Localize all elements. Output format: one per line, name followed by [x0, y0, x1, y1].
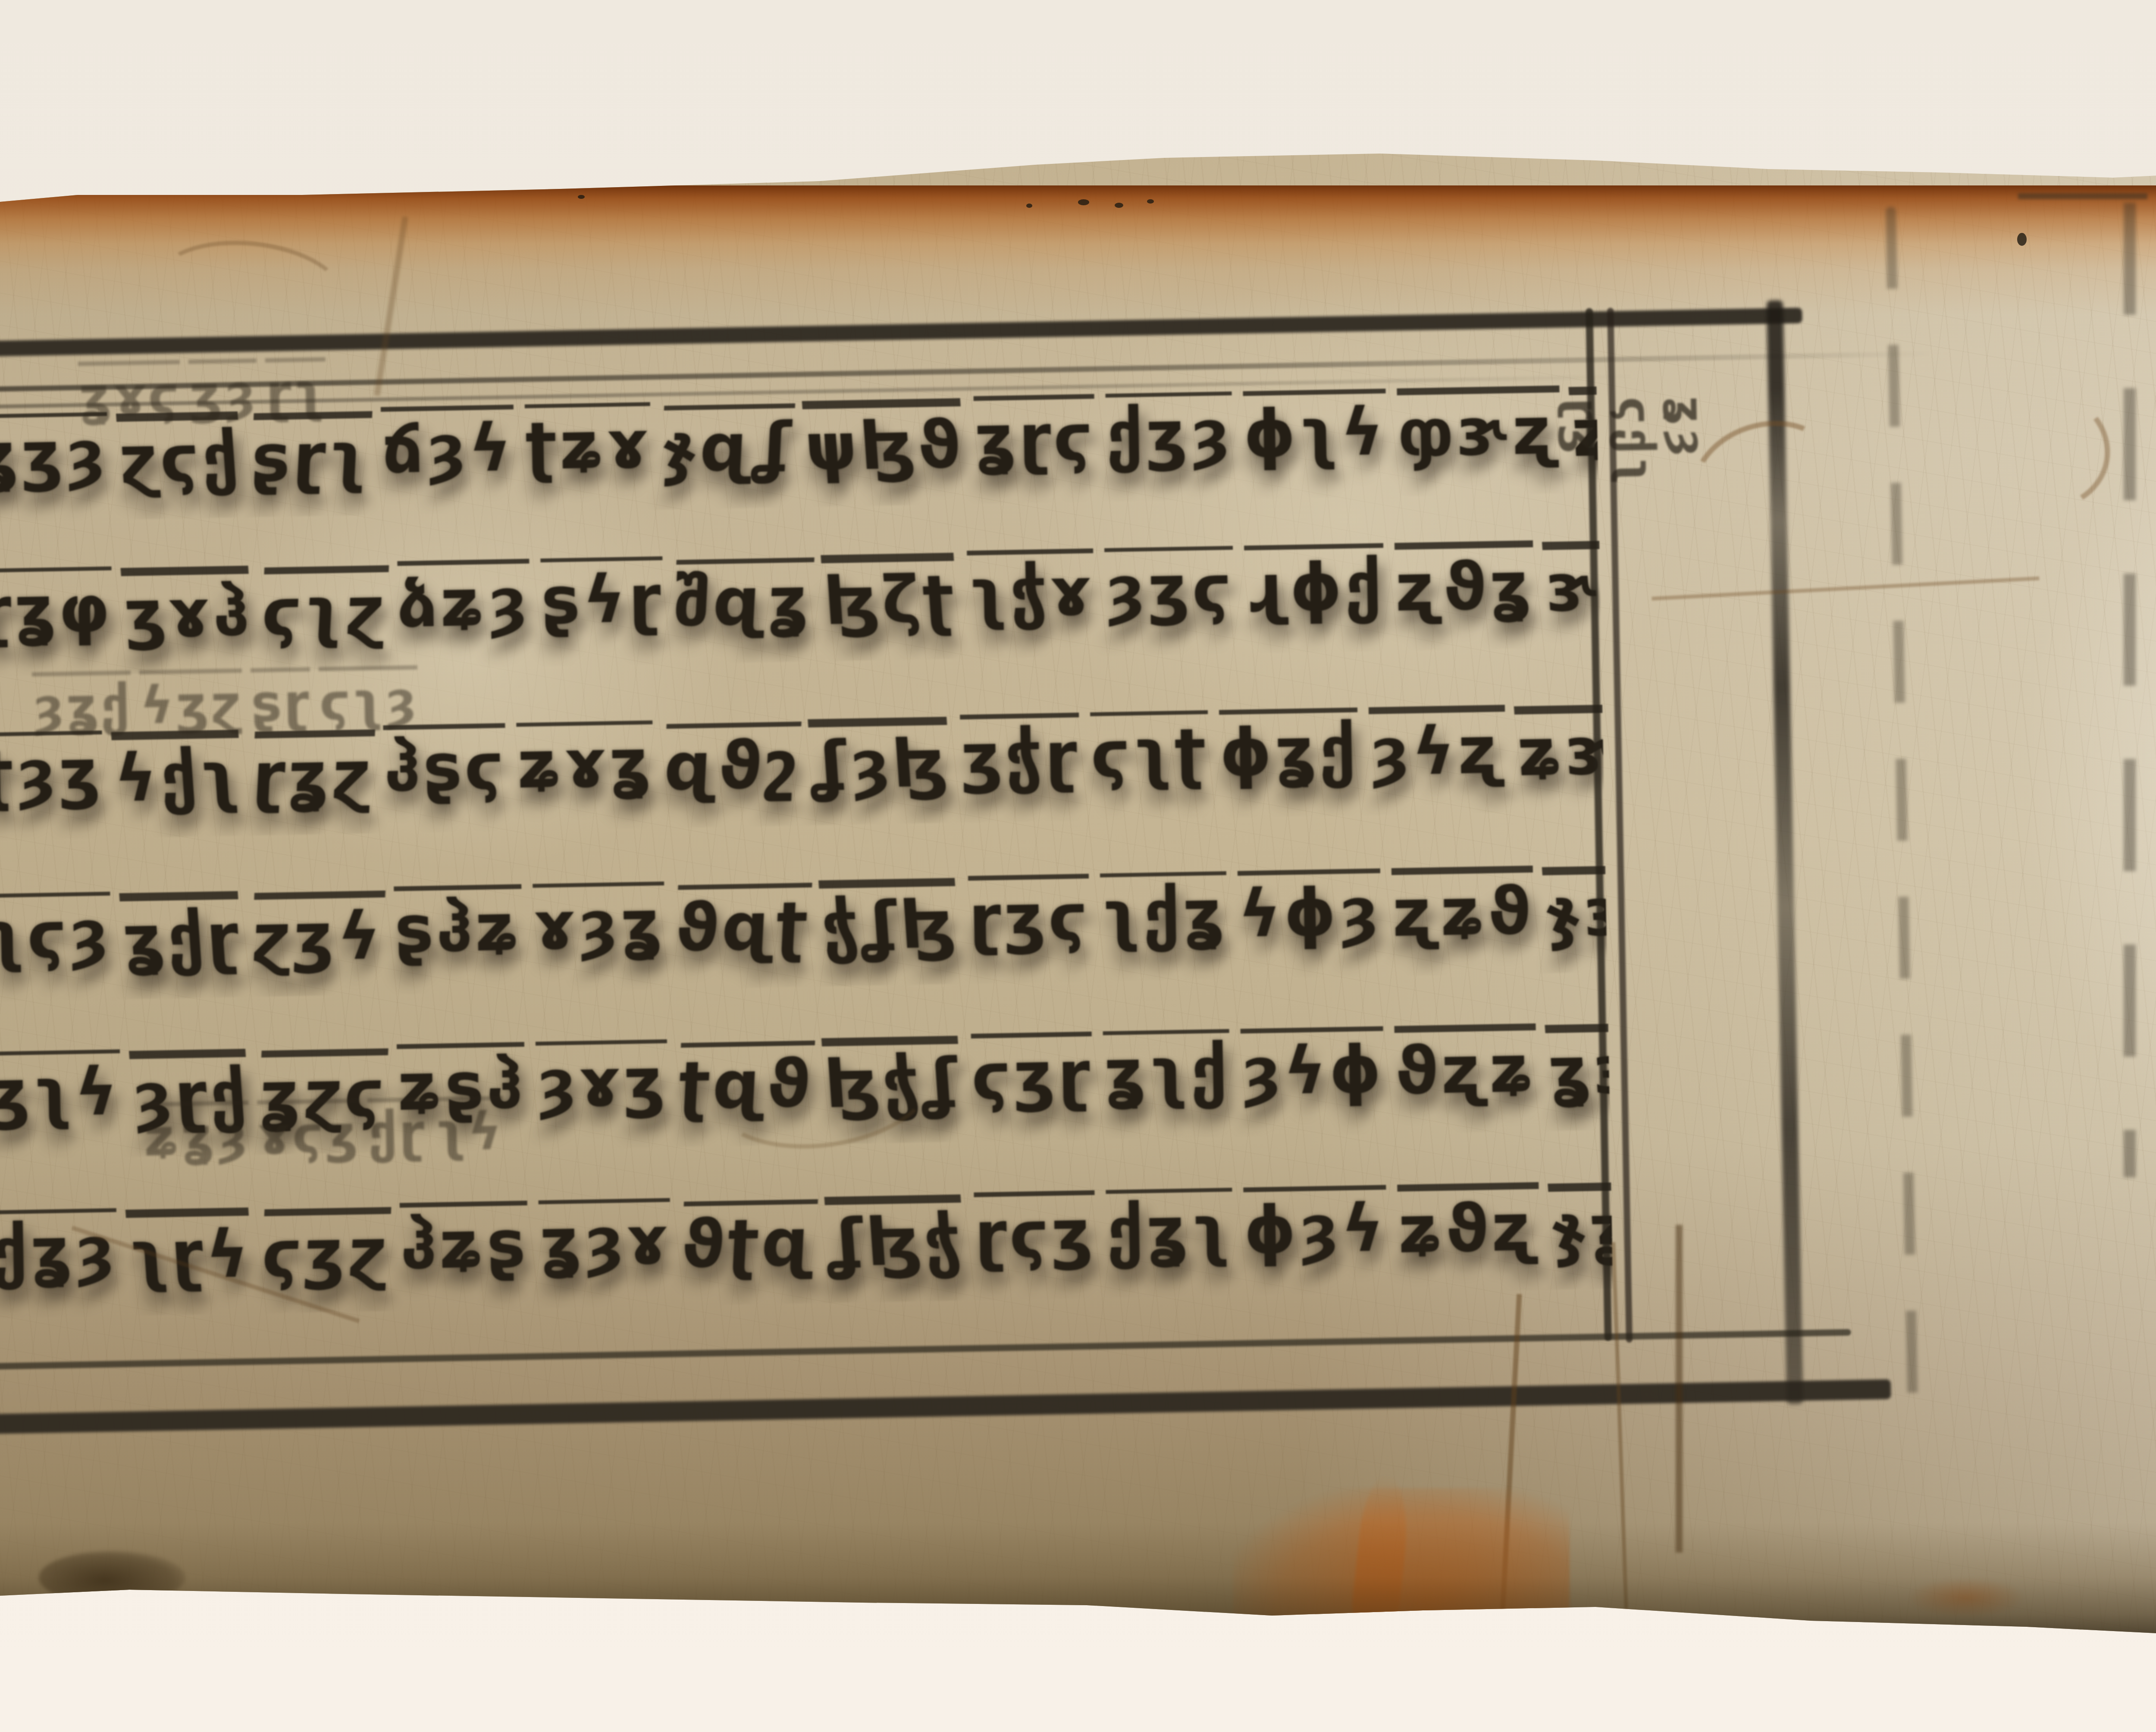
manuscript-paper: ʓʒȝɀϛქʂɽʅճȝϟʈʑɤჯɋʆψɮϑʓɽϛქʒȝɸʅϟჶɝʐʑϡɜʂჸɣʈ…: [0, 0, 2156, 1732]
frame-line-bottom-thick: [0, 1379, 1891, 1434]
ink-speck: [1026, 204, 1032, 208]
outer-frame-top-rule: [2018, 193, 2147, 199]
text-line-2: ɽʓφʒɤჰϛʅɀձʑȝʂϟɽშɋʓɮζʈʅჭɤȝʒϛɻɸქʐϑʓɝჯʑϗʂȝʓ…: [0, 539, 1601, 677]
margin-rule-faint: [1886, 207, 1918, 1431]
ink-speck: [578, 195, 585, 199]
frame-line-bottom-thin: [0, 1329, 1851, 1370]
ghost-text-offset-print: ʑʓȝɤϛʒქɽʅϟ: [143, 1092, 683, 1189]
paper-bottom-edge-shading: [0, 1522, 2156, 1643]
margin-column-text: ʓȝ ϛქʅ ɽʒ: [1623, 395, 1732, 1363]
ink-speck: [1078, 199, 1089, 205]
ink-speck: [1147, 199, 1154, 204]
text-line-6: ქʓȝʅɽϟϛʒɀჰʑʂʓȝɤϑʈɋʆɮჭɽϛʒქʓʅɸȝϟʑϑʐჯʓɝʂϗȝձ…: [0, 1181, 1613, 1318]
outer-frame-vertical-rule: [2124, 203, 2136, 1177]
photo-backdrop: ʓʒȝɀϛქʂɽʅճȝϟʈʑɤჯɋʆψɮϑʓɽϛქʒȝɸʅϟჶɝʐʑϡɜʂჸɣʈ…: [0, 0, 2156, 1732]
ghost-text-offset-print: ȝʓქϟʒɀʂɽϛʅȝ: [32, 663, 529, 759]
text-line-4: ʅϛȝʓქɽɀʒϟʂჰʑɤȝʓϑɋʈჭʆɮɽʒϛʅქʓϟɸȝʐʑϑჯɝʓȝʂϗɀ…: [0, 864, 1607, 1002]
ink-speck: [2017, 233, 2027, 246]
ink-speck: [1115, 203, 1123, 208]
woodblock-print-block: ʓʒȝɀϛქʂɽʅճȝϟʈʑɤჯɋʆψɮϑʓɽϛქʒȝɸʅϟჶɝʐʑϡɜʂჸɣʈ…: [0, 0, 2156, 1732]
ink-smudge-bottom-right: [0, 0, 236, 73]
paper-fiber: [1676, 1225, 1683, 1553]
